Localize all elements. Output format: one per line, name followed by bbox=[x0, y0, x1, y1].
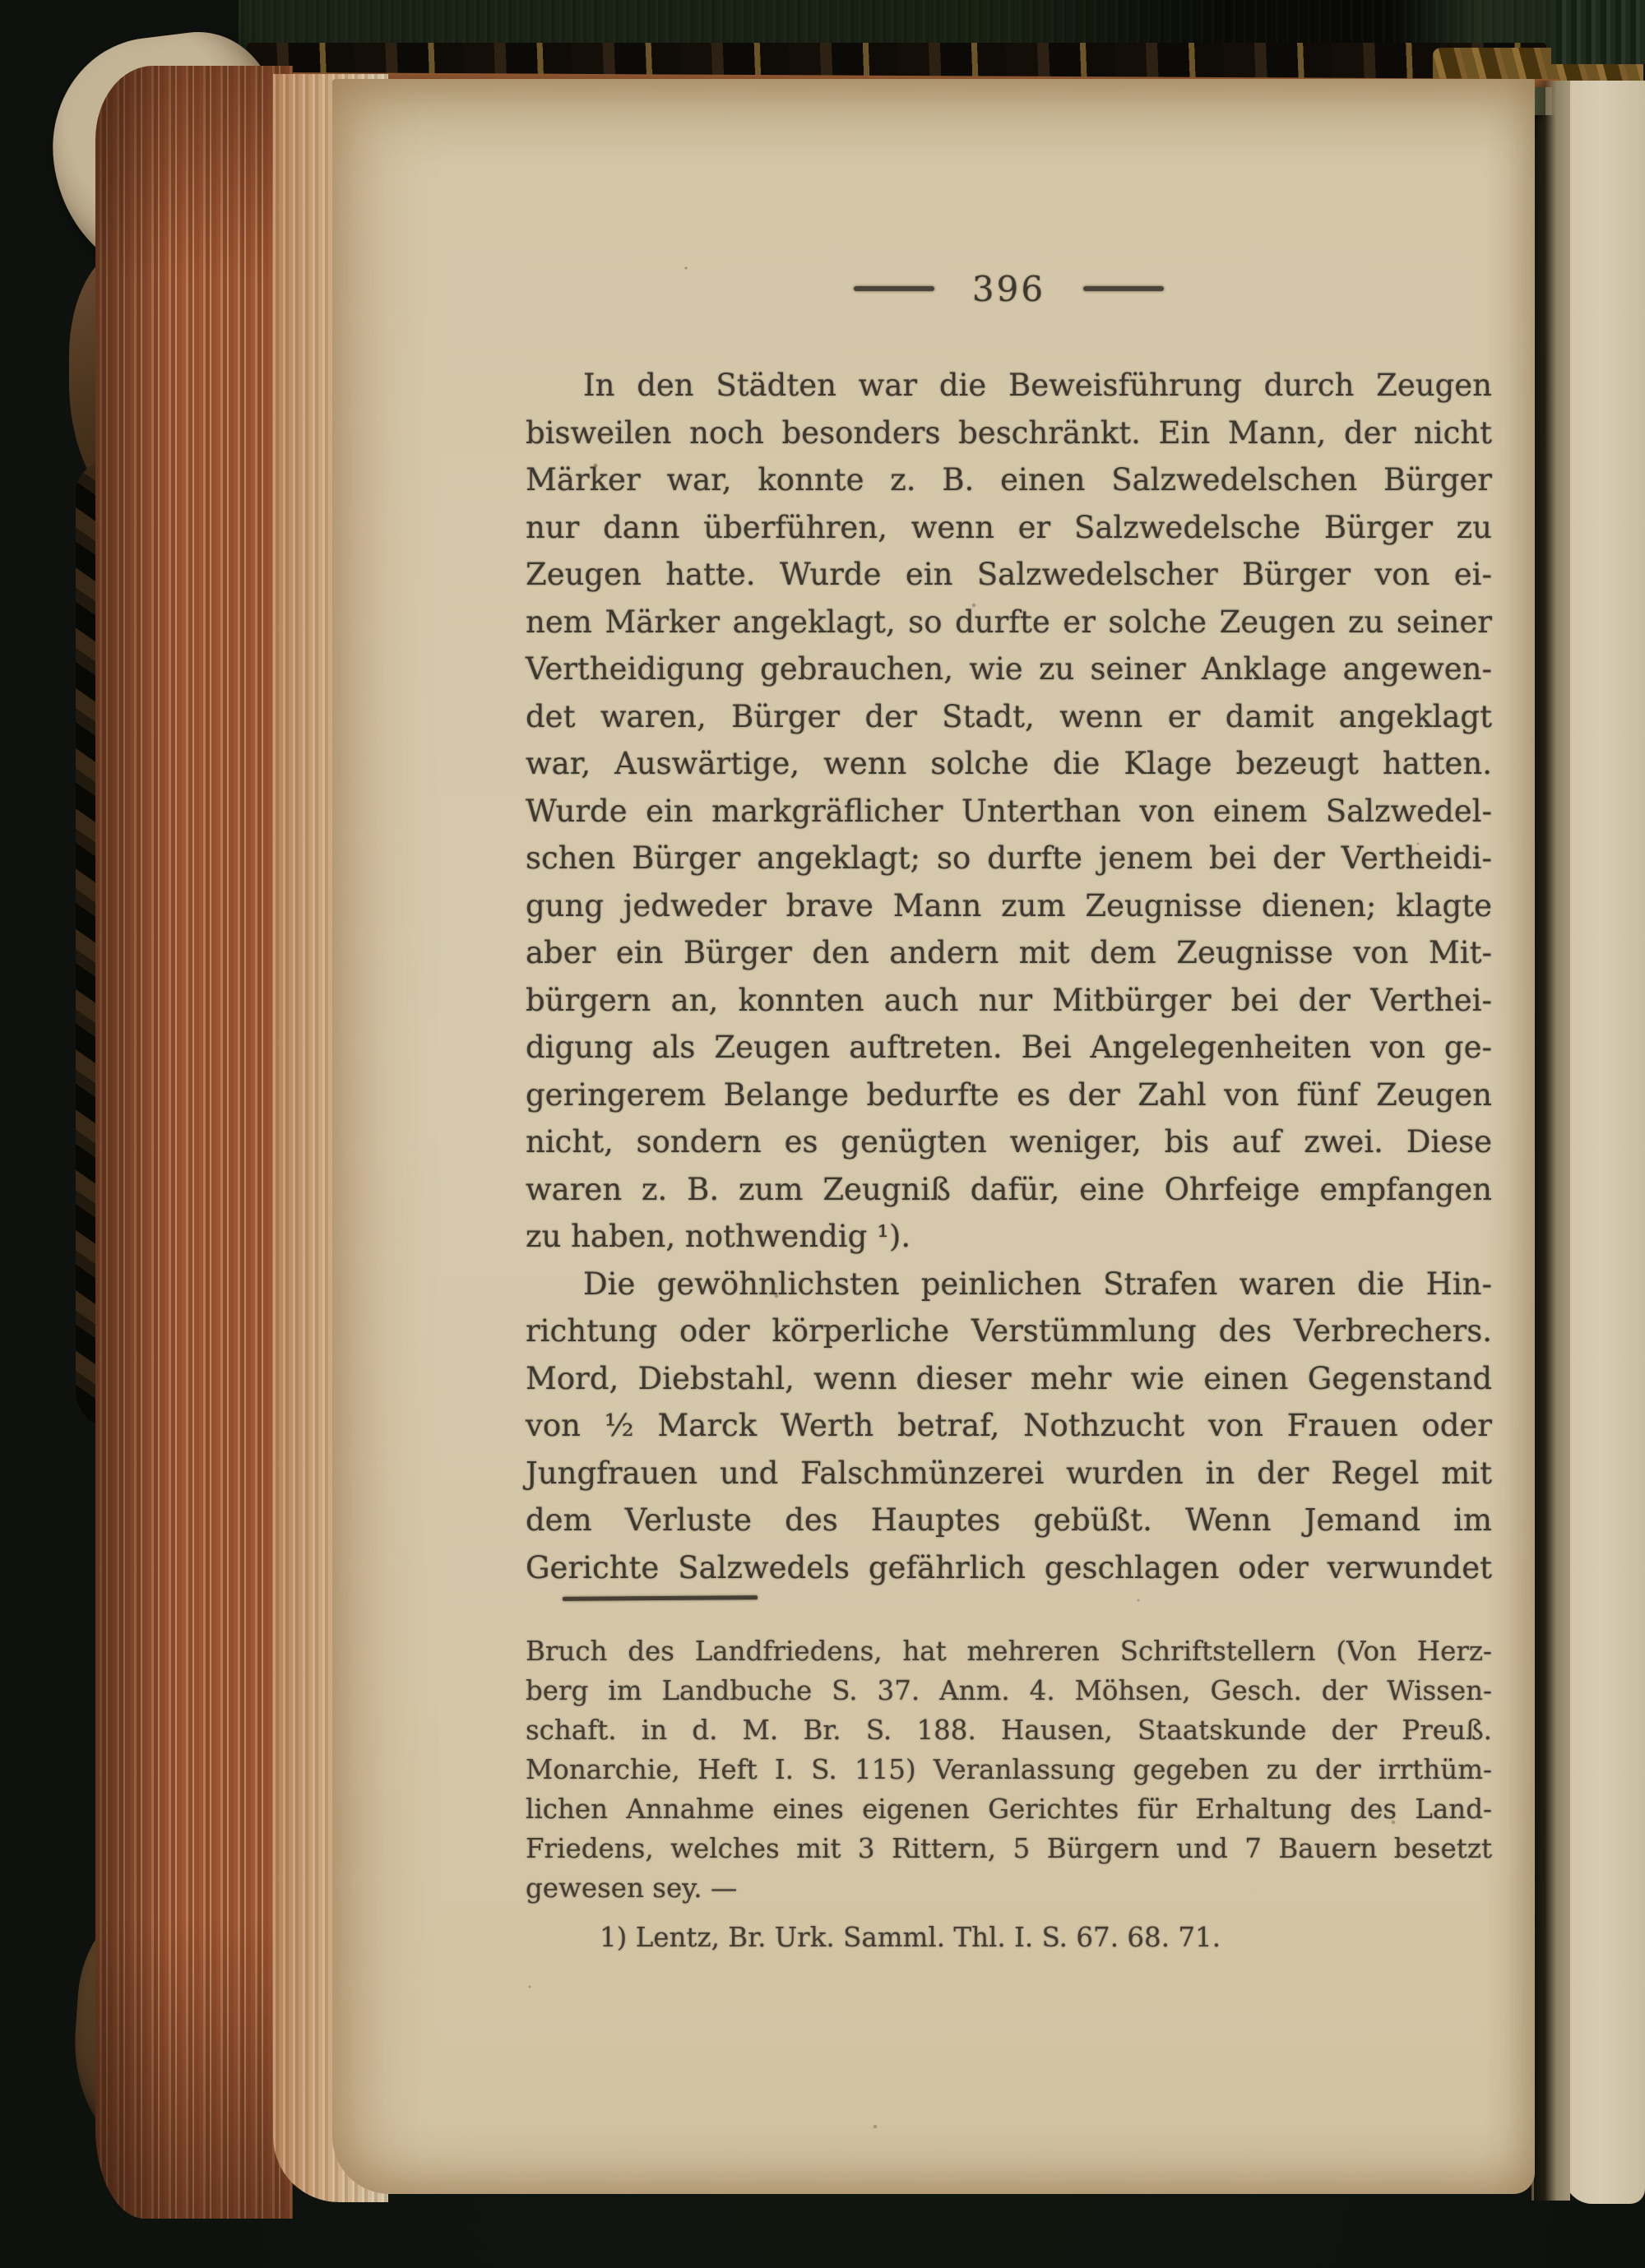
text-line: schen Bürger angeklagt; so durfte jenem … bbox=[526, 835, 1492, 882]
text-line: Zeugen hatte. Wurde ein Salzwedelscher B… bbox=[526, 551, 1492, 599]
text-line: aber ein Bürger den andern mit dem Zeugn… bbox=[526, 929, 1492, 977]
page-block-fore-edge bbox=[95, 66, 293, 2219]
footnote-line: Bruch des Landfriedens, hat mehreren Sch… bbox=[526, 1632, 1492, 1671]
page-gutter-shadow bbox=[1531, 81, 1570, 2201]
footnote-separator-rule bbox=[563, 1595, 758, 1601]
footnote-line: Friedens, welches mit 3 Rittern, 5 Bürge… bbox=[526, 1829, 1492, 1868]
book-photo-scene: 396 In den Städten war die Beweisführung… bbox=[0, 0, 1645, 2268]
text-line: det waren, Bürger der Stadt, wenn er dam… bbox=[526, 693, 1492, 741]
footnote-line-end: gewesen sey. — bbox=[526, 1868, 1492, 1908]
footnote-line: berg im Landbuche S. 37. Anm. 4. Möhsen,… bbox=[526, 1671, 1492, 1710]
text-line: Wurde ein markgräflicher Unterthan von e… bbox=[526, 788, 1492, 835]
text-line: Gerichte Salzwedels gefährlich geschlage… bbox=[526, 1544, 1492, 1592]
text-line: war, Auswärtige, wenn solche die Klage b… bbox=[526, 740, 1492, 788]
text-line: Märker war, konnte z. B. einen Salzwedel… bbox=[526, 456, 1492, 504]
main-text-block: In den Städten war die Beweisführung dur… bbox=[526, 362, 1492, 1591]
page-number-row: 396 bbox=[526, 264, 1492, 313]
text-line: Vertheidigung gebrauchen, wie zu seiner … bbox=[526, 646, 1492, 693]
text-line: richtung oder körperliche Verstümmlung d… bbox=[526, 1308, 1492, 1355]
text-line: Mord, Diebstahl, wenn dieser mehr wie ei… bbox=[526, 1355, 1492, 1403]
footnote-line: schaft. in d. M. Br. S. 188. Hausen, Sta… bbox=[526, 1710, 1492, 1750]
footnote-line: Monarchie, Heft I. S. 115) Veranlassung … bbox=[526, 1750, 1492, 1789]
text-line: digung als Zeugen auftreten. Bei Angeleg… bbox=[526, 1024, 1492, 1072]
text-line: geringerem Belange bedurfte es der Zahl … bbox=[526, 1072, 1492, 1119]
text-line: Jungfrauen und Falschmünzerei wurden in … bbox=[526, 1450, 1492, 1497]
page-number-rule-left bbox=[854, 286, 934, 291]
page-number: 396 bbox=[972, 269, 1045, 309]
text-line: nicht, sondern es genügten weniger, bis … bbox=[526, 1118, 1492, 1166]
book-cover-corner-board bbox=[1551, 0, 1645, 64]
text-line: gung jedweder brave Mann zum Zeugnisse d… bbox=[526, 882, 1492, 930]
text-line: bürgern an, konnten auch nur Mitbürger b… bbox=[526, 977, 1492, 1025]
text-line: In den Städten war die Beweisführung dur… bbox=[526, 362, 1492, 410]
page-number-rule-right bbox=[1083, 286, 1164, 291]
text-line: Die gewöhnlichsten peinlichen Strafen wa… bbox=[526, 1261, 1492, 1308]
facing-page-sliver bbox=[1564, 81, 1645, 2204]
text-line: bisweilen noch besonders beschränkt. Ein… bbox=[526, 410, 1492, 457]
text-line: dem Verluste des Hauptes gebüßt. Wenn Je… bbox=[526, 1497, 1492, 1544]
text-line-paragraph-end: zu haben, nothwendig ¹). bbox=[526, 1213, 1492, 1261]
text-line: waren z. B. zum Zeugniß dafür, eine Ohrf… bbox=[526, 1166, 1492, 1214]
text-line: von ½ Marck Werth betraf, Nothzucht von … bbox=[526, 1402, 1492, 1450]
text-line: nem Märker angeklagt, so durfte er solch… bbox=[526, 599, 1492, 646]
footnote-block: Bruch des Landfriedens, hat mehreren Sch… bbox=[526, 1632, 1492, 1957]
footnote-line: lichen Annahme eines eigenen Gerichtes f… bbox=[526, 1789, 1492, 1829]
book-page: 396 In den Städten war die Beweisführung… bbox=[332, 79, 1535, 2194]
text-line: nur dann überführen, wenn er Salzwedelsc… bbox=[526, 504, 1492, 552]
footnote-1: 1) Lentz, Br. Urk. Samml. Thl. I. S. 67.… bbox=[526, 1918, 1492, 1957]
